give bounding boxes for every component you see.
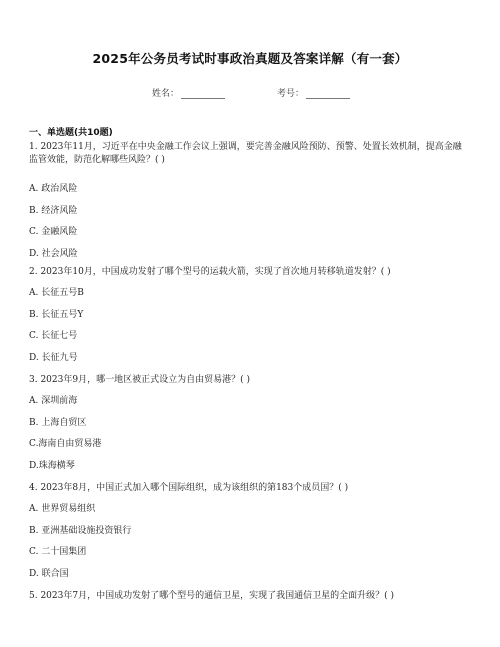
document-page: 2025年公务员考试时事政治真题及答案详解（有一套） 姓名： 考号： 一、单选题… [0,0,500,647]
question-5: 5. 2023年7月，中国成功发射了哪个型号的通信卫星，实现了我国通信卫星的全面… [29,588,394,601]
question-2: 2. 2023年10月，中国成功发射了哪个型号的运载火箭，实现了首次地月转移轨道… [29,264,391,277]
exam-number-blank [306,89,350,99]
q1-option-b: B. 经济风险 [29,203,77,216]
q4-option-d: D. 联合国 [29,566,69,579]
question-3: 3. 2023年9月，哪一地区被正式设立为自由贸易港？( ) [29,372,250,385]
q4-option-c: C. 二十国集团 [29,544,86,557]
q3-option-c: C.海南自由贸易港 [29,436,101,449]
exam-number-field: 考号： [277,86,350,99]
q1-option-a: A. 政治风险 [29,181,77,194]
q1-option-d: D. 社会风险 [29,246,78,259]
exam-number-label: 考号： [277,86,304,99]
section-heading: 一、单选题(共10题) [29,125,113,138]
q2-option-c: C. 长征七号 [29,328,77,341]
q2-option-a: A. 长征五号B [29,285,84,298]
name-field: 姓名： [152,86,225,99]
q1-option-c: C. 金融风险 [29,224,77,237]
q4-option-a: A. 世界贸易组织 [29,501,95,514]
document-title: 2025年公务员考试时事政治真题及答案详解（有一套） [0,49,500,67]
q3-option-a: A. 深圳前海 [29,393,77,406]
q3-option-b: B. 上海自贸区 [29,415,86,428]
question-4: 4. 2023年8月，中国正式加入哪个国际组织，成为该组织的第183个成员国？(… [29,480,348,493]
name-blank [181,89,225,99]
name-label: 姓名： [152,86,179,99]
question-1: 1. 2023年11月，习近平在中央金融工作会议上强调，要完善金融风险预防、预警… [29,141,469,167]
q2-option-d: D. 长征九号 [29,350,78,363]
q4-option-b: B. 亚洲基础设施投资银行 [29,523,131,536]
q2-option-b: B. 长征五号Y [29,307,83,320]
q3-option-d: D.珠海横琴 [29,458,75,471]
